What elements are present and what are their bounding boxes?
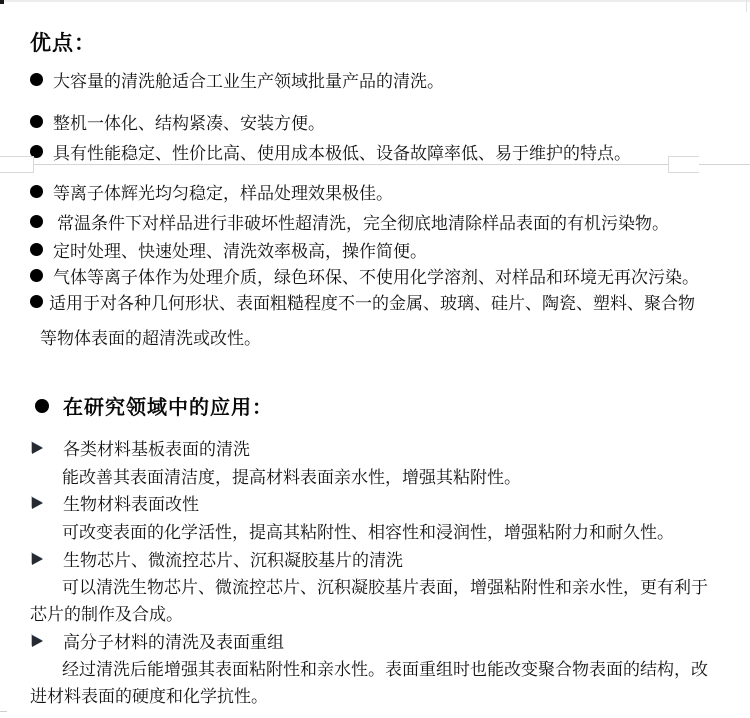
advantage-text: 具有性能稳定、性价比高、使用成本极低、设备故障率低、易于维护的特点。	[53, 139, 631, 164]
application-desc-continuation: 芯片的制作及合成。	[30, 600, 183, 625]
application-desc: 可改变表面的化学活性，提高其粘附性、相容性和浸润性，增强粘附力和耐久性。	[62, 518, 674, 543]
page-break-line	[0, 164, 750, 165]
advantage-item: 适用于对各种几何形状、表面粗糙程度不一的金属、玻璃、硅片、陶瓷、塑料、聚合物	[30, 289, 695, 314]
arrowhead-icon	[32, 442, 43, 454]
application-desc: 可以清洗生物芯片、微流控芯片、沉积凝胶基片表面，增强粘附性和亲水性，更有利于	[62, 573, 708, 598]
application-item-title: 生物芯片、微流控芯片、沉积凝胶基片的清洗	[32, 546, 403, 571]
arrowhead-icon	[32, 553, 43, 565]
application-title-text: 生物芯片、微流控芯片、沉积凝胶基片的清洗	[63, 546, 403, 571]
advantage-text: 气体等离子体作为处理介质，绿色环保、不使用化学溶剂、对样品和环境无再次污染。	[53, 263, 699, 288]
application-item-title: 生物材料表面改性	[32, 490, 199, 515]
page-break-right-cap	[668, 156, 699, 173]
bullet-icon	[30, 73, 43, 86]
arrowhead-icon	[32, 497, 43, 509]
applications-heading-row: 在研究领域中的应用：	[35, 391, 273, 420]
advantage-text: 适用于对各种几何形状、表面粗糙程度不一的金属、玻璃、硅片、陶瓷、塑料、聚合物	[49, 289, 695, 314]
advantages-heading: 优点：	[30, 27, 96, 57]
advantage-item: 气体等离子体作为处理介质，绿色环保、不使用化学溶剂、对样品和环境无再次污染。	[30, 263, 699, 288]
application-item-title: 高分子材料的清洗及表面重组	[32, 628, 284, 653]
advantage-item: 具有性能稳定、性价比高、使用成本极低、设备故障率低、易于维护的特点。	[30, 139, 631, 164]
advantage-item: 等离子体辉光均匀稳定，样品处理效果极佳。	[30, 179, 393, 204]
right-edge-line	[746, 0, 747, 12]
applications-heading: 在研究领域中的应用：	[63, 391, 273, 420]
bullet-icon	[35, 399, 49, 413]
bottom-edge-mark	[0, 711, 7, 712]
advantage-item: 定时处理、快速处理、清洗效率极高，操作简便。	[30, 237, 427, 262]
advantage-text-continuation: 等物体表面的超清洗或改性。	[40, 324, 261, 349]
application-desc-continuation: 进材料表面的硬度和化学抗性。	[30, 682, 268, 707]
advantage-text: 等离子体辉光均匀稳定，样品处理效果极佳。	[53, 179, 393, 204]
advantage-text: 定时处理、快速处理、清洗效率极高，操作简便。	[53, 237, 427, 262]
bullet-icon	[30, 269, 43, 282]
advantage-item: 整机一体化、结构紧凑、安装方便。	[30, 109, 325, 134]
bullet-icon	[30, 185, 43, 198]
application-title-text: 各类材料基板表面的清洗	[63, 435, 250, 460]
application-title-text: 高分子材料的清洗及表面重组	[63, 628, 284, 653]
application-desc: 经过清洗后能增强其表面粘附性和亲水性。表面重组时也能改变聚合物表面的结构，改	[62, 655, 708, 680]
corner-mark	[0, 0, 4, 4]
advantage-text: 常温条件下对样品进行非破坏性超清洗，完全彻底地清除样品表面的有机污染物。	[57, 209, 669, 234]
application-desc: 能改善其表面清洁度，提高材料表面亲水性，增强其粘附性。	[62, 463, 521, 488]
document-page: 优点： 大容量的清洗舱适合工业生产领域批量产品的清洗。 整机一体化、结构紧凑、安…	[0, 0, 750, 718]
application-title-text: 生物材料表面改性	[63, 490, 199, 515]
page-top-edge	[0, 0, 750, 2]
arrowhead-icon	[32, 635, 43, 647]
advantage-item: 常温条件下对样品进行非破坏性超清洗，完全彻底地清除样品表面的有机污染物。	[30, 209, 669, 234]
advantage-text: 大容量的清洗舱适合工业生产领域批量产品的清洗。	[53, 67, 444, 92]
bullet-icon	[30, 115, 43, 128]
advantage-item: 大容量的清洗舱适合工业生产领域批量产品的清洗。	[30, 67, 444, 92]
advantage-text: 整机一体化、结构紧凑、安装方便。	[53, 109, 325, 134]
page-break-left-cap	[0, 156, 34, 173]
bullet-icon	[30, 243, 43, 256]
bullet-icon	[30, 215, 43, 228]
application-item-title: 各类材料基板表面的清洗	[32, 435, 250, 460]
bullet-icon	[30, 295, 43, 308]
